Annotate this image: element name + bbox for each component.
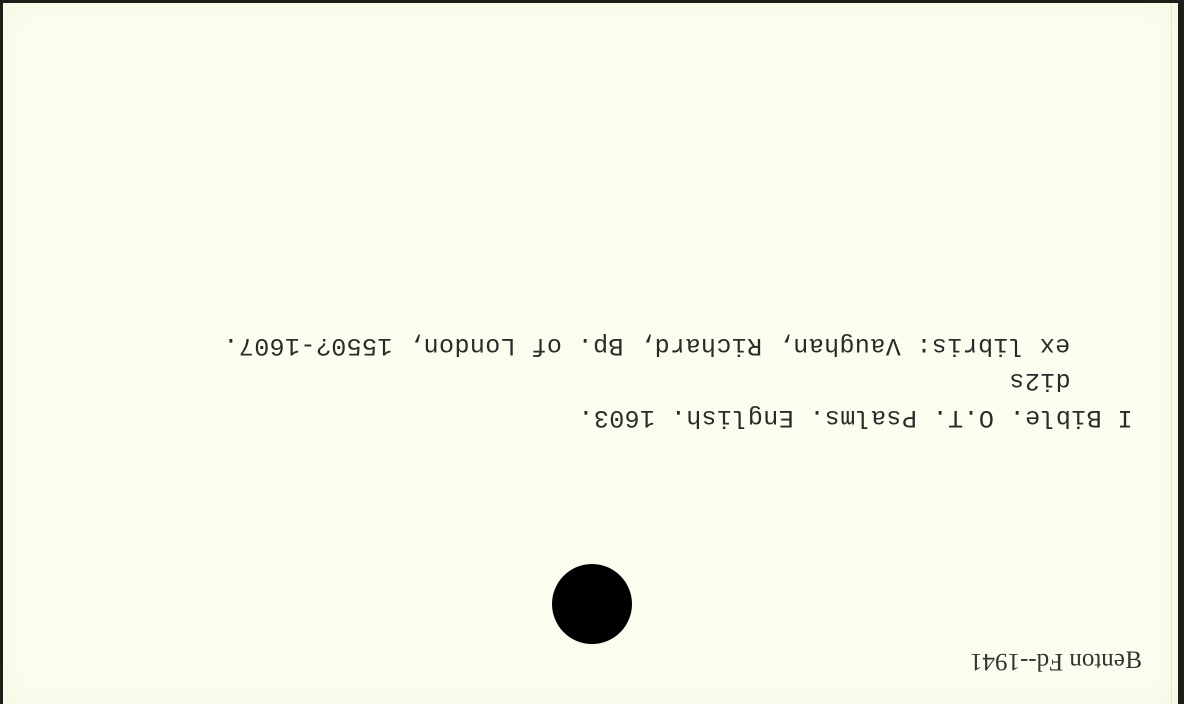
subject-heading-line: I Bible. O.T. Psalms. English. 1603. [578,403,1133,432]
punch-hole [552,564,632,644]
call-number-line: di2s [1009,366,1132,395]
donor-note-initial: B [1125,647,1142,674]
card-edge [1171,3,1172,704]
catalog-card: I Bible. O.T. Psalms. English. 1603. di2… [3,3,1178,704]
donor-note: enton Fd--1941B [970,647,1142,675]
donor-note-flipped: enton Fd--1941 [970,647,1125,675]
provenance-line: ex libris: Vaughan, Richard, Bp. of Lond… [223,331,1132,360]
